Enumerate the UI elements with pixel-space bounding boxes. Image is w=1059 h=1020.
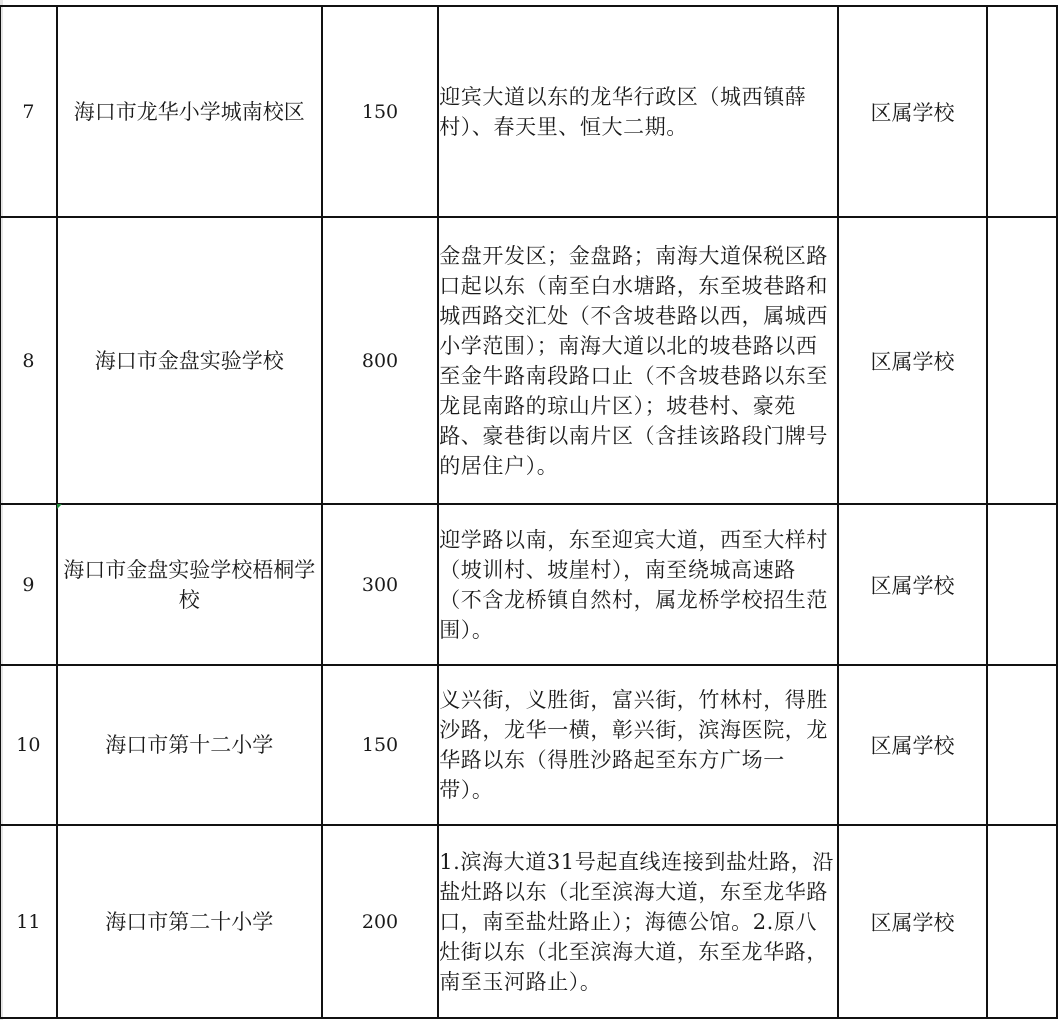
- school-type: 区属学校: [870, 911, 954, 935]
- enrollment-area-cell[interactable]: 义兴街，义胜街，富兴街，竹林村，得胜沙路，龙华一横，彰兴街，滨海医院，龙华路以东…: [438, 665, 837, 825]
- table-row: 8 海口市金盘实验学校 800 金盘开发区；金盘路；南海大道保税区路口起以东（南…: [0, 217, 1057, 504]
- capacity-value: 300: [362, 574, 398, 596]
- row-number: 8: [22, 350, 34, 372]
- note-cell[interactable]: [987, 6, 1057, 217]
- enrollment-area-cell[interactable]: 迎学路以南，东至迎宾大道，西至大样村（坡训村、坡崖村），南至绕城高速路（不含龙桥…: [438, 504, 837, 665]
- row-number: 9: [22, 574, 34, 596]
- enrollment-area-text: 义兴街，义胜街，富兴街，竹林村，得胜沙路，龙华一横，彰兴街，滨海医院，龙华路以东…: [439, 688, 828, 802]
- row-number-cell[interactable]: 8: [0, 217, 57, 504]
- note-cell[interactable]: [987, 217, 1057, 504]
- table-row: 11 海口市第二十小学 200 1.滨海大道31号起直线连接到盐灶路，沿盐灶路以…: [0, 825, 1057, 1018]
- capacity-cell[interactable]: 800: [322, 217, 438, 504]
- enrollment-area-cell[interactable]: 1.滨海大道31号起直线连接到盐灶路，沿盐灶路以东（北至滨海大道，东至龙华路口，…: [438, 825, 837, 1018]
- row-number-cell[interactable]: 10: [0, 665, 57, 825]
- school-type: 区属学校: [870, 350, 954, 374]
- table-row: 10 海口市第十二小学 150 义兴街，义胜街，富兴街，竹林村，得胜沙路，龙华一…: [0, 665, 1057, 825]
- table-row: 7 海口市龙华小学城南校区 150 迎宾大道以东的龙华行政区（城西镇薛村）、春天…: [0, 6, 1057, 217]
- capacity-value: 200: [362, 911, 398, 933]
- enrollment-area-cell[interactable]: 迎宾大道以东的龙华行政区（城西镇薛村）、春天里、恒大二期。: [438, 6, 837, 217]
- table-row: 9 海口市金盘实验学校梧桐学校 300 迎学路以南，东至迎宾大道，西至大样村（坡…: [0, 504, 1057, 665]
- cell-comment-marker-icon: [57, 504, 62, 509]
- row-number-cell[interactable]: 7: [0, 6, 57, 217]
- enrollment-table: 7 海口市龙华小学城南校区 150 迎宾大道以东的龙华行政区（城西镇薛村）、春天…: [0, 5, 1058, 1019]
- row-number: 7: [22, 101, 34, 123]
- note-cell[interactable]: [987, 504, 1057, 665]
- school-name: 海口市金盘实验学校: [95, 349, 284, 373]
- note-cell[interactable]: [987, 825, 1057, 1018]
- school-type-cell[interactable]: 区属学校: [838, 825, 988, 1018]
- row-number: 11: [16, 911, 40, 933]
- school-name-cell[interactable]: 海口市龙华小学城南校区: [57, 6, 322, 217]
- enrollment-area-text: 迎学路以南，东至迎宾大道，西至大样村（坡训村、坡崖村），南至绕城高速路（不含龙桥…: [439, 528, 828, 642]
- school-type-cell[interactable]: 区属学校: [838, 6, 988, 217]
- enrollment-area-text: 1.滨海大道31号起直线连接到盐灶路，沿盐灶路以东（北至滨海大道，东至龙华路口，…: [439, 850, 834, 994]
- school-name: 海口市第十二小学: [105, 733, 273, 757]
- school-name-cell[interactable]: 海口市金盘实验学校: [57, 217, 322, 504]
- school-name: 海口市第二十小学: [105, 910, 273, 934]
- enrollment-area-cell[interactable]: 金盘开发区；金盘路；南海大道保税区路口起以东（南至白水塘路，东至坡巷路和城西路交…: [438, 217, 837, 504]
- school-type-cell[interactable]: 区属学校: [838, 504, 988, 665]
- capacity-cell[interactable]: 200: [322, 825, 438, 1018]
- school-type: 区属学校: [870, 574, 954, 598]
- school-type-cell[interactable]: 区属学校: [838, 217, 988, 504]
- capacity-cell[interactable]: 150: [322, 665, 438, 825]
- school-name-cell[interactable]: 海口市第二十小学: [57, 825, 322, 1018]
- note-cell[interactable]: [987, 665, 1057, 825]
- row-number: 10: [16, 734, 40, 756]
- school-type: 区属学校: [870, 734, 954, 758]
- capacity-value: 150: [362, 734, 398, 756]
- row-number-cell[interactable]: 9: [0, 504, 57, 665]
- capacity-cell[interactable]: 150: [322, 6, 438, 217]
- school-name-cell[interactable]: 海口市第十二小学: [57, 665, 322, 825]
- capacity-cell[interactable]: 300: [322, 504, 438, 665]
- school-name: 海口市龙华小学城南校区: [74, 100, 305, 124]
- school-type: 区属学校: [870, 101, 954, 125]
- school-name: 海口市金盘实验学校梧桐学校: [63, 558, 315, 612]
- enrollment-area-text: 金盘开发区；金盘路；南海大道保税区路口起以东（南至白水塘路，东至坡巷路和城西路交…: [439, 244, 828, 478]
- school-type-cell[interactable]: 区属学校: [838, 665, 988, 825]
- enrollment-area-text: 迎宾大道以东的龙华行政区（城西镇薛村）、春天里、恒大二期。: [439, 85, 806, 139]
- row-number-cell[interactable]: 11: [0, 825, 57, 1018]
- capacity-value: 150: [362, 101, 398, 123]
- capacity-value: 800: [362, 350, 398, 372]
- school-name-cell[interactable]: 海口市金盘实验学校梧桐学校: [57, 504, 322, 665]
